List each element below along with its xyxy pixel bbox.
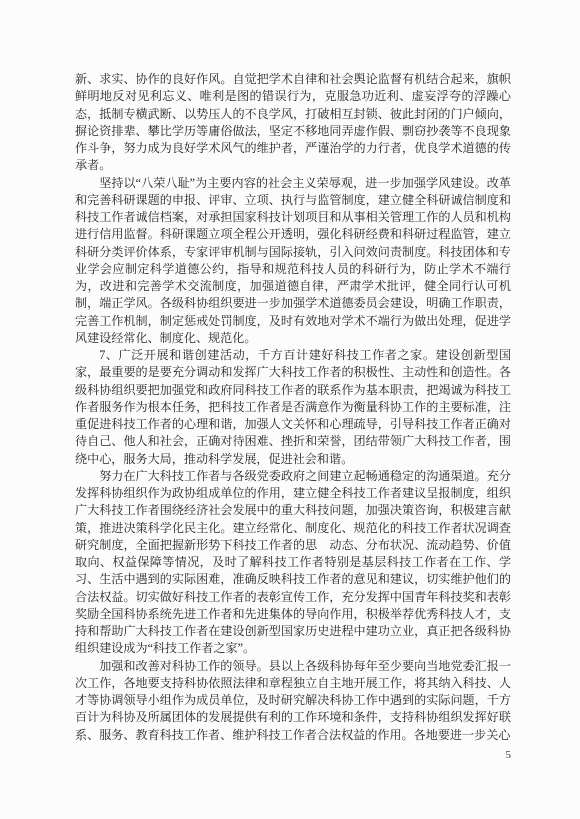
paragraph: 7、广泛开展和谐创建活动，千方百计建好科技工作者之家。建设创新型国家，最重要的是… xyxy=(75,347,511,468)
paragraph: 加强和改善对科协工作的领导。县以上各级科协每年至少要向当地党委汇报一次工作，各地… xyxy=(75,658,511,744)
paragraph: 新、求实、协作的良好作风。自觉把学术自律和社会舆论监督有机结合起来，旗帜鲜明地反… xyxy=(75,71,511,175)
text-block: 新、求实、协作的良好作风。自觉把学术自律和社会舆论监督有机结合起来，旗帜鲜明地反… xyxy=(75,71,511,744)
paragraph: 努力在广大科技工作者与各级党委政府之间建立起畅通稳定的沟通渠道。充分发挥科协组织… xyxy=(75,468,511,658)
paragraph: 坚持以“八荣八耻”为主要内容的社会主义荣辱观，进一步加强学风建设。改革和完善科研… xyxy=(75,175,511,348)
document-page: 新、求实、协作的良好作风。自觉把学术自律和社会舆论监督有机结合起来，旗帜鲜明地反… xyxy=(0,0,580,819)
page-number: 5 xyxy=(75,749,511,761)
